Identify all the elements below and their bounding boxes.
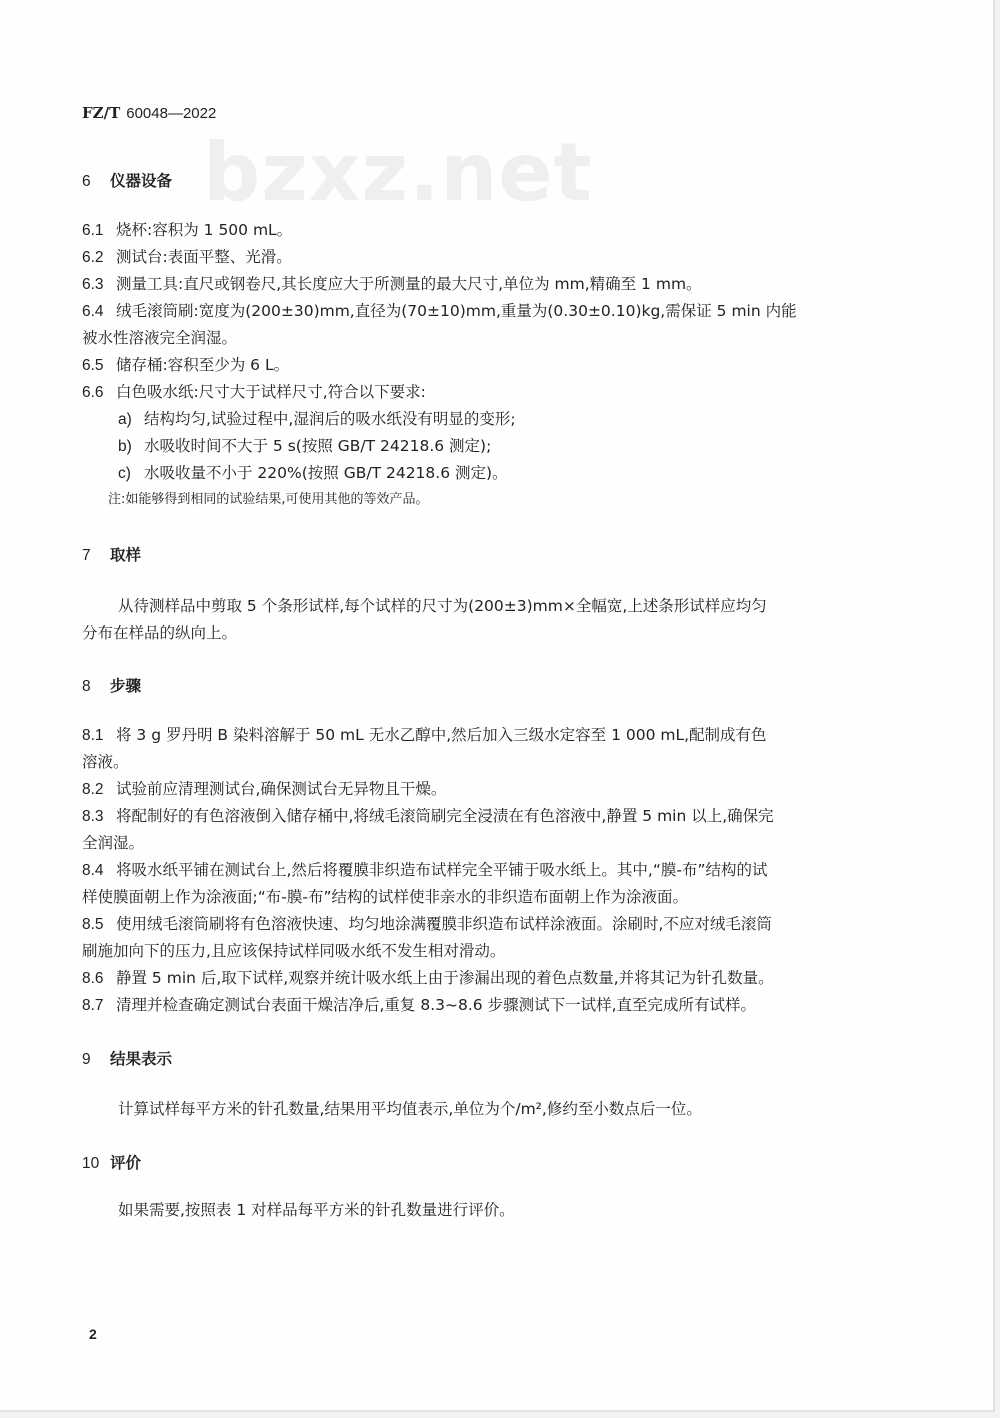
section-number: 6 bbox=[82, 172, 110, 192]
item-text: 水吸收量不小于 220%(按照 GB/T 24218.6 测定)。 bbox=[144, 464, 508, 482]
clause-number: 6.2 bbox=[82, 248, 116, 268]
clause-text: 清理并检查确定测试台表面干燥洁净后,重复 8.3~8.6 步骤测试下一试样,直至… bbox=[116, 996, 756, 1014]
clause-number: 8.6 bbox=[82, 969, 116, 989]
section-title: 步骤 bbox=[110, 677, 141, 695]
clause-text: 将 3 g 罗丹明 B 染料溶解于 50 mL 无水乙醇中,然后加入三级水定容至… bbox=[116, 726, 767, 744]
watermark: bzxz.net bbox=[203, 128, 593, 218]
item-label: b) bbox=[118, 437, 144, 457]
clause-number: 6.6 bbox=[82, 383, 116, 403]
clause-text: 将吸水纸平铺在测试台上,然后将覆膜非织造布试样完全平铺于吸水纸上。其中,“膜-布… bbox=[116, 861, 768, 879]
clause-8-2: 8.2试验前应清理测试台,确保测试台无异物且干燥。 bbox=[82, 779, 446, 800]
clause-text: 静置 5 min 后,取下试样,观察并统计吸水纸上由于渗漏出现的着色点数量,并将… bbox=[116, 969, 774, 987]
section-title: 仪器设备 bbox=[110, 172, 172, 190]
section-number: 10 bbox=[82, 1154, 110, 1174]
section-7-paragraph-line-1: 从待测样品中剪取 5 个条形试样,每个试样的尺寸为(200±3)mm×全幅宽,上… bbox=[118, 596, 767, 616]
clause-number: 8.5 bbox=[82, 915, 116, 935]
page-number: 2 bbox=[89, 1324, 97, 1344]
item-label: a) bbox=[118, 410, 144, 430]
section-10-paragraph: 如果需要,按照表 1 对样品每平方米的针孔数量进行评价。 bbox=[118, 1200, 515, 1220]
clause-8-3-continuation: 全润湿。 bbox=[82, 833, 144, 853]
clause-number: 8.1 bbox=[82, 726, 116, 746]
clause-number: 6.1 bbox=[82, 221, 116, 241]
section-title: 取样 bbox=[110, 546, 141, 564]
clause-6-6: 6.6白色吸水纸:尺寸大于试样尺寸,符合以下要求: bbox=[82, 382, 426, 403]
section-title: 评价 bbox=[110, 1154, 141, 1172]
clause-8-1: 8.1将 3 g 罗丹明 B 染料溶解于 50 mL 无水乙醇中,然后加入三级水… bbox=[82, 725, 767, 746]
clause-number: 6.5 bbox=[82, 356, 116, 376]
section-number: 7 bbox=[82, 546, 110, 566]
clause-text: 将配制好的有色溶液倒入储存桶中,将绒毛滚筒刷完全浸渍在有色溶液中,静置 5 mi… bbox=[116, 807, 774, 825]
clause-6-3: 6.3测量工具:直尺或钢卷尺,其长度应大于所测量的最大尺寸,单位为 mm,精确至… bbox=[82, 274, 702, 295]
clause-text: 使用绒毛滚筒刷将有色溶液快速、均匀地涂满覆膜非织造布试样涂液面。涂刷时,不应对绒… bbox=[116, 915, 772, 933]
clause-number: 8.4 bbox=[82, 861, 116, 881]
clause-8-7: 8.7清理并检查确定测试台表面干燥洁净后,重复 8.3~8.6 步骤测试下一试样… bbox=[82, 995, 756, 1016]
item-text: 结构均匀,试验过程中,湿润后的吸水纸没有明显的变形; bbox=[144, 410, 516, 428]
item-label: c) bbox=[118, 464, 144, 484]
note: 注:如能够得到相同的试验结果,可使用其他的等效产品。 bbox=[108, 490, 429, 510]
clause-6-5: 6.5储存桶:容积至少为 6 L。 bbox=[82, 355, 289, 376]
clause-8-1-continuation: 溶液。 bbox=[82, 752, 129, 772]
clause-number: 6.3 bbox=[82, 275, 116, 295]
document-page: bzxz.net FZ/T60048—2022 6仪器设备 6.1烧杯:容积为 … bbox=[0, 0, 995, 1412]
clause-text: 绒毛滚筒刷:宽度为(200±30)mm,直径为(70±10)mm,重量为(0.3… bbox=[116, 302, 797, 320]
clause-8-5: 8.5使用绒毛滚筒刷将有色溶液快速、均匀地涂满覆膜非织造布试样涂液面。涂刷时,不… bbox=[82, 914, 772, 935]
clause-number: 6.4 bbox=[82, 302, 116, 322]
clause-text: 测试台:表面平整、光滑。 bbox=[116, 248, 292, 266]
clause-8-4-continuation: 样使膜面朝上作为涂液面;“布-膜-布”结构的试样使非亲水的非织造布面朝上作为涂液… bbox=[82, 887, 688, 907]
standard-code: FZ/T60048—2022 bbox=[82, 103, 216, 124]
clause-text: 烧杯:容积为 1 500 mL。 bbox=[116, 221, 292, 239]
clause-8-6: 8.6静置 5 min 后,取下试样,观察并统计吸水纸上由于渗漏出现的着色点数量… bbox=[82, 968, 774, 989]
clause-6-4-continuation: 被水性溶液完全润湿。 bbox=[82, 328, 237, 348]
standard-code-prefix: FZ/T bbox=[82, 104, 120, 122]
section-8-heading: 8步骤 bbox=[82, 676, 141, 697]
clause-number: 8.2 bbox=[82, 780, 116, 800]
clause-text: 测量工具:直尺或钢卷尺,其长度应大于所测量的最大尺寸,单位为 mm,精确至 1 … bbox=[116, 275, 702, 293]
clause-number: 8.3 bbox=[82, 807, 116, 827]
list-item-a: a)结构均匀,试验过程中,湿润后的吸水纸没有明显的变形; bbox=[118, 409, 516, 430]
clause-8-4: 8.4将吸水纸平铺在测试台上,然后将覆膜非织造布试样完全平铺于吸水纸上。其中,“… bbox=[82, 860, 768, 881]
section-10-heading: 10评价 bbox=[82, 1153, 141, 1174]
section-7-heading: 7取样 bbox=[82, 545, 141, 566]
section-6-heading: 6仪器设备 bbox=[82, 171, 172, 192]
section-title: 结果表示 bbox=[110, 1050, 172, 1068]
section-number: 8 bbox=[82, 677, 110, 697]
section-number: 9 bbox=[82, 1050, 110, 1070]
section-9-paragraph: 计算试样每平方米的针孔数量,结果用平均值表示,单位为个/m²,修约至小数点后一位… bbox=[118, 1099, 702, 1119]
section-7-paragraph-line-2: 分布在样品的纵向上。 bbox=[82, 623, 237, 643]
clause-6-2: 6.2测试台:表面平整、光滑。 bbox=[82, 247, 292, 268]
clause-8-3: 8.3将配制好的有色溶液倒入储存桶中,将绒毛滚筒刷完全浸渍在有色溶液中,静置 5… bbox=[82, 806, 774, 827]
standard-code-number: 60048—2022 bbox=[126, 105, 216, 122]
section-9-heading: 9结果表示 bbox=[82, 1049, 172, 1070]
list-item-b: b)水吸收时间不大于 5 s(按照 GB/T 24218.6 测定); bbox=[118, 436, 491, 457]
item-text: 水吸收时间不大于 5 s(按照 GB/T 24218.6 测定); bbox=[144, 437, 491, 455]
list-item-c: c)水吸收量不小于 220%(按照 GB/T 24218.6 测定)。 bbox=[118, 463, 508, 484]
clause-number: 8.7 bbox=[82, 996, 116, 1016]
clause-text: 白色吸水纸:尺寸大于试样尺寸,符合以下要求: bbox=[116, 383, 426, 401]
clause-text: 储存桶:容积至少为 6 L。 bbox=[116, 356, 289, 374]
clause-8-5-continuation: 刷施加向下的压力,且应该保持试样同吸水纸不发生相对滑动。 bbox=[82, 941, 505, 961]
clause-6-4: 6.4绒毛滚筒刷:宽度为(200±30)mm,直径为(70±10)mm,重量为(… bbox=[82, 301, 797, 322]
clause-6-1: 6.1烧杯:容积为 1 500 mL。 bbox=[82, 220, 292, 241]
clause-text: 试验前应清理测试台,确保测试台无异物且干燥。 bbox=[116, 780, 446, 798]
